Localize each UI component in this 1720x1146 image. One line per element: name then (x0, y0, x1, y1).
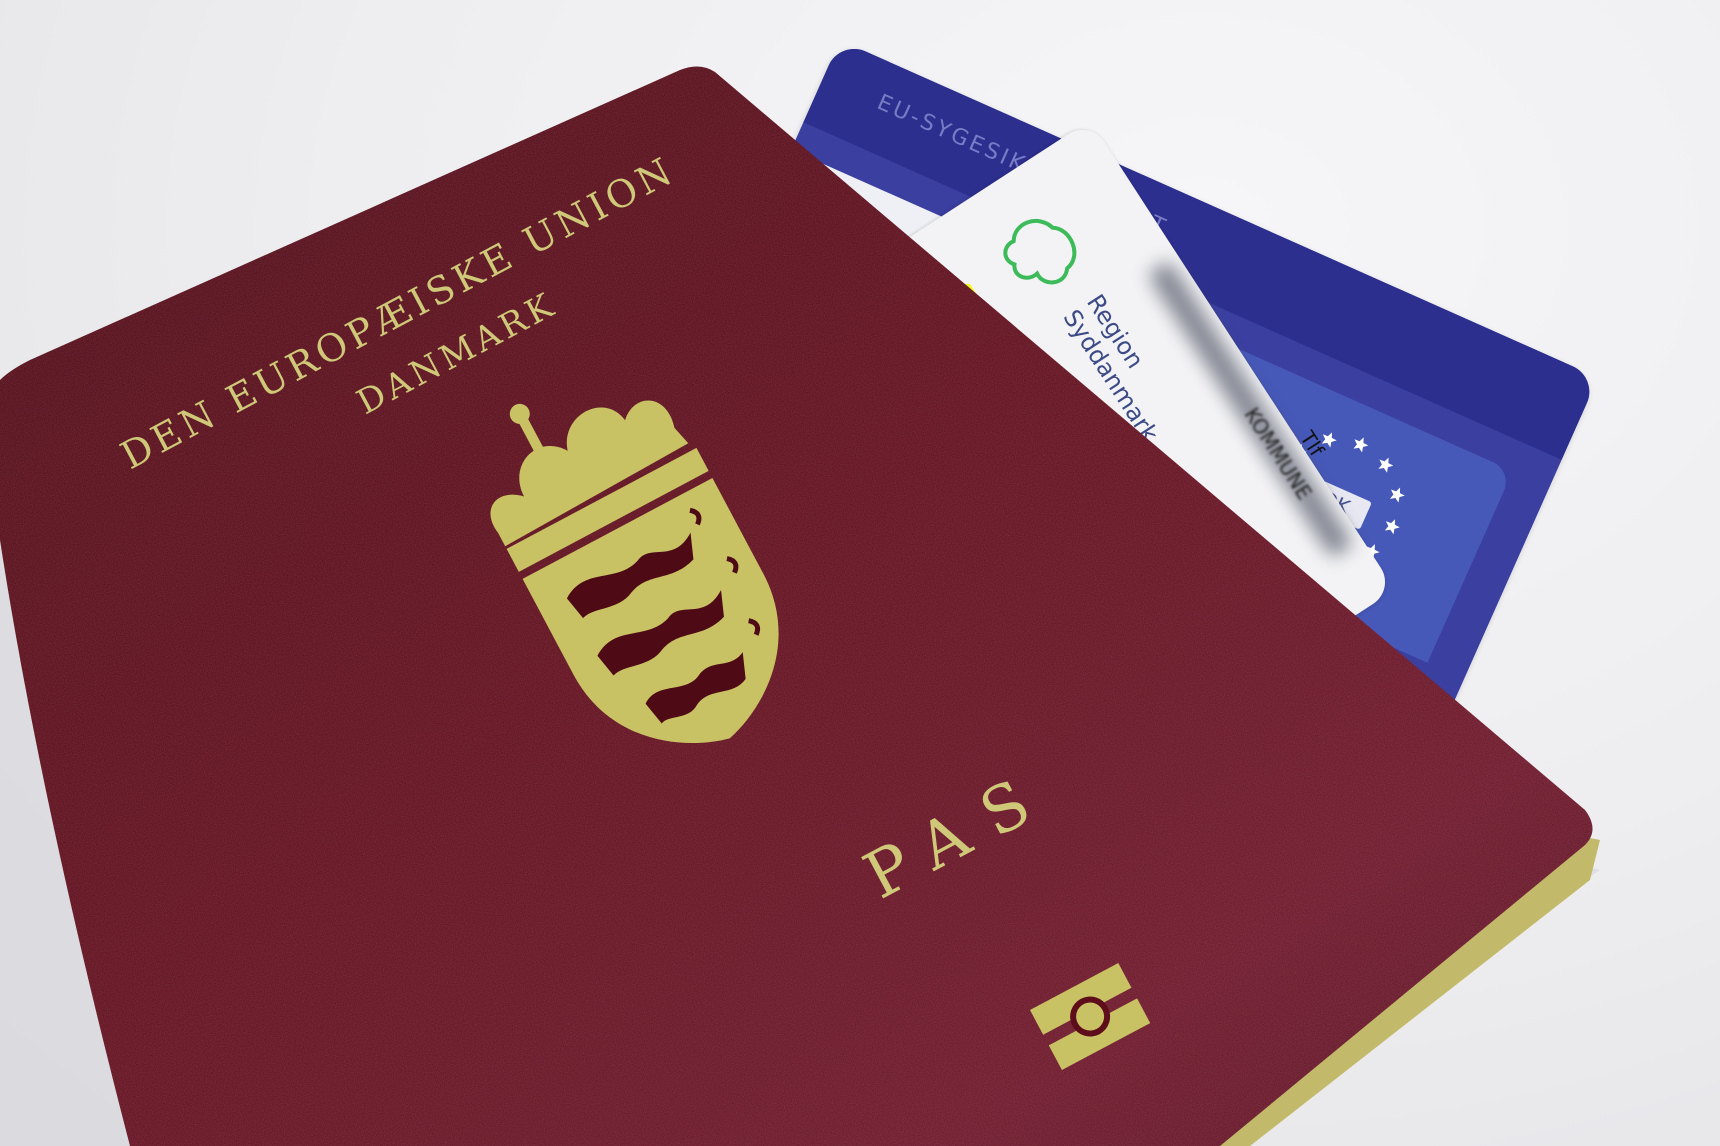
biometric-chip-icon (1030, 963, 1150, 1070)
country-text: DANMARK (350, 284, 563, 423)
union-text: DEN EUROPÆISKE UNION (114, 148, 683, 478)
document-type-text: PAS (853, 755, 1064, 914)
region-name: Region Syddanmark (1058, 289, 1188, 447)
region-syddanmark-logo-icon (978, 192, 1102, 316)
